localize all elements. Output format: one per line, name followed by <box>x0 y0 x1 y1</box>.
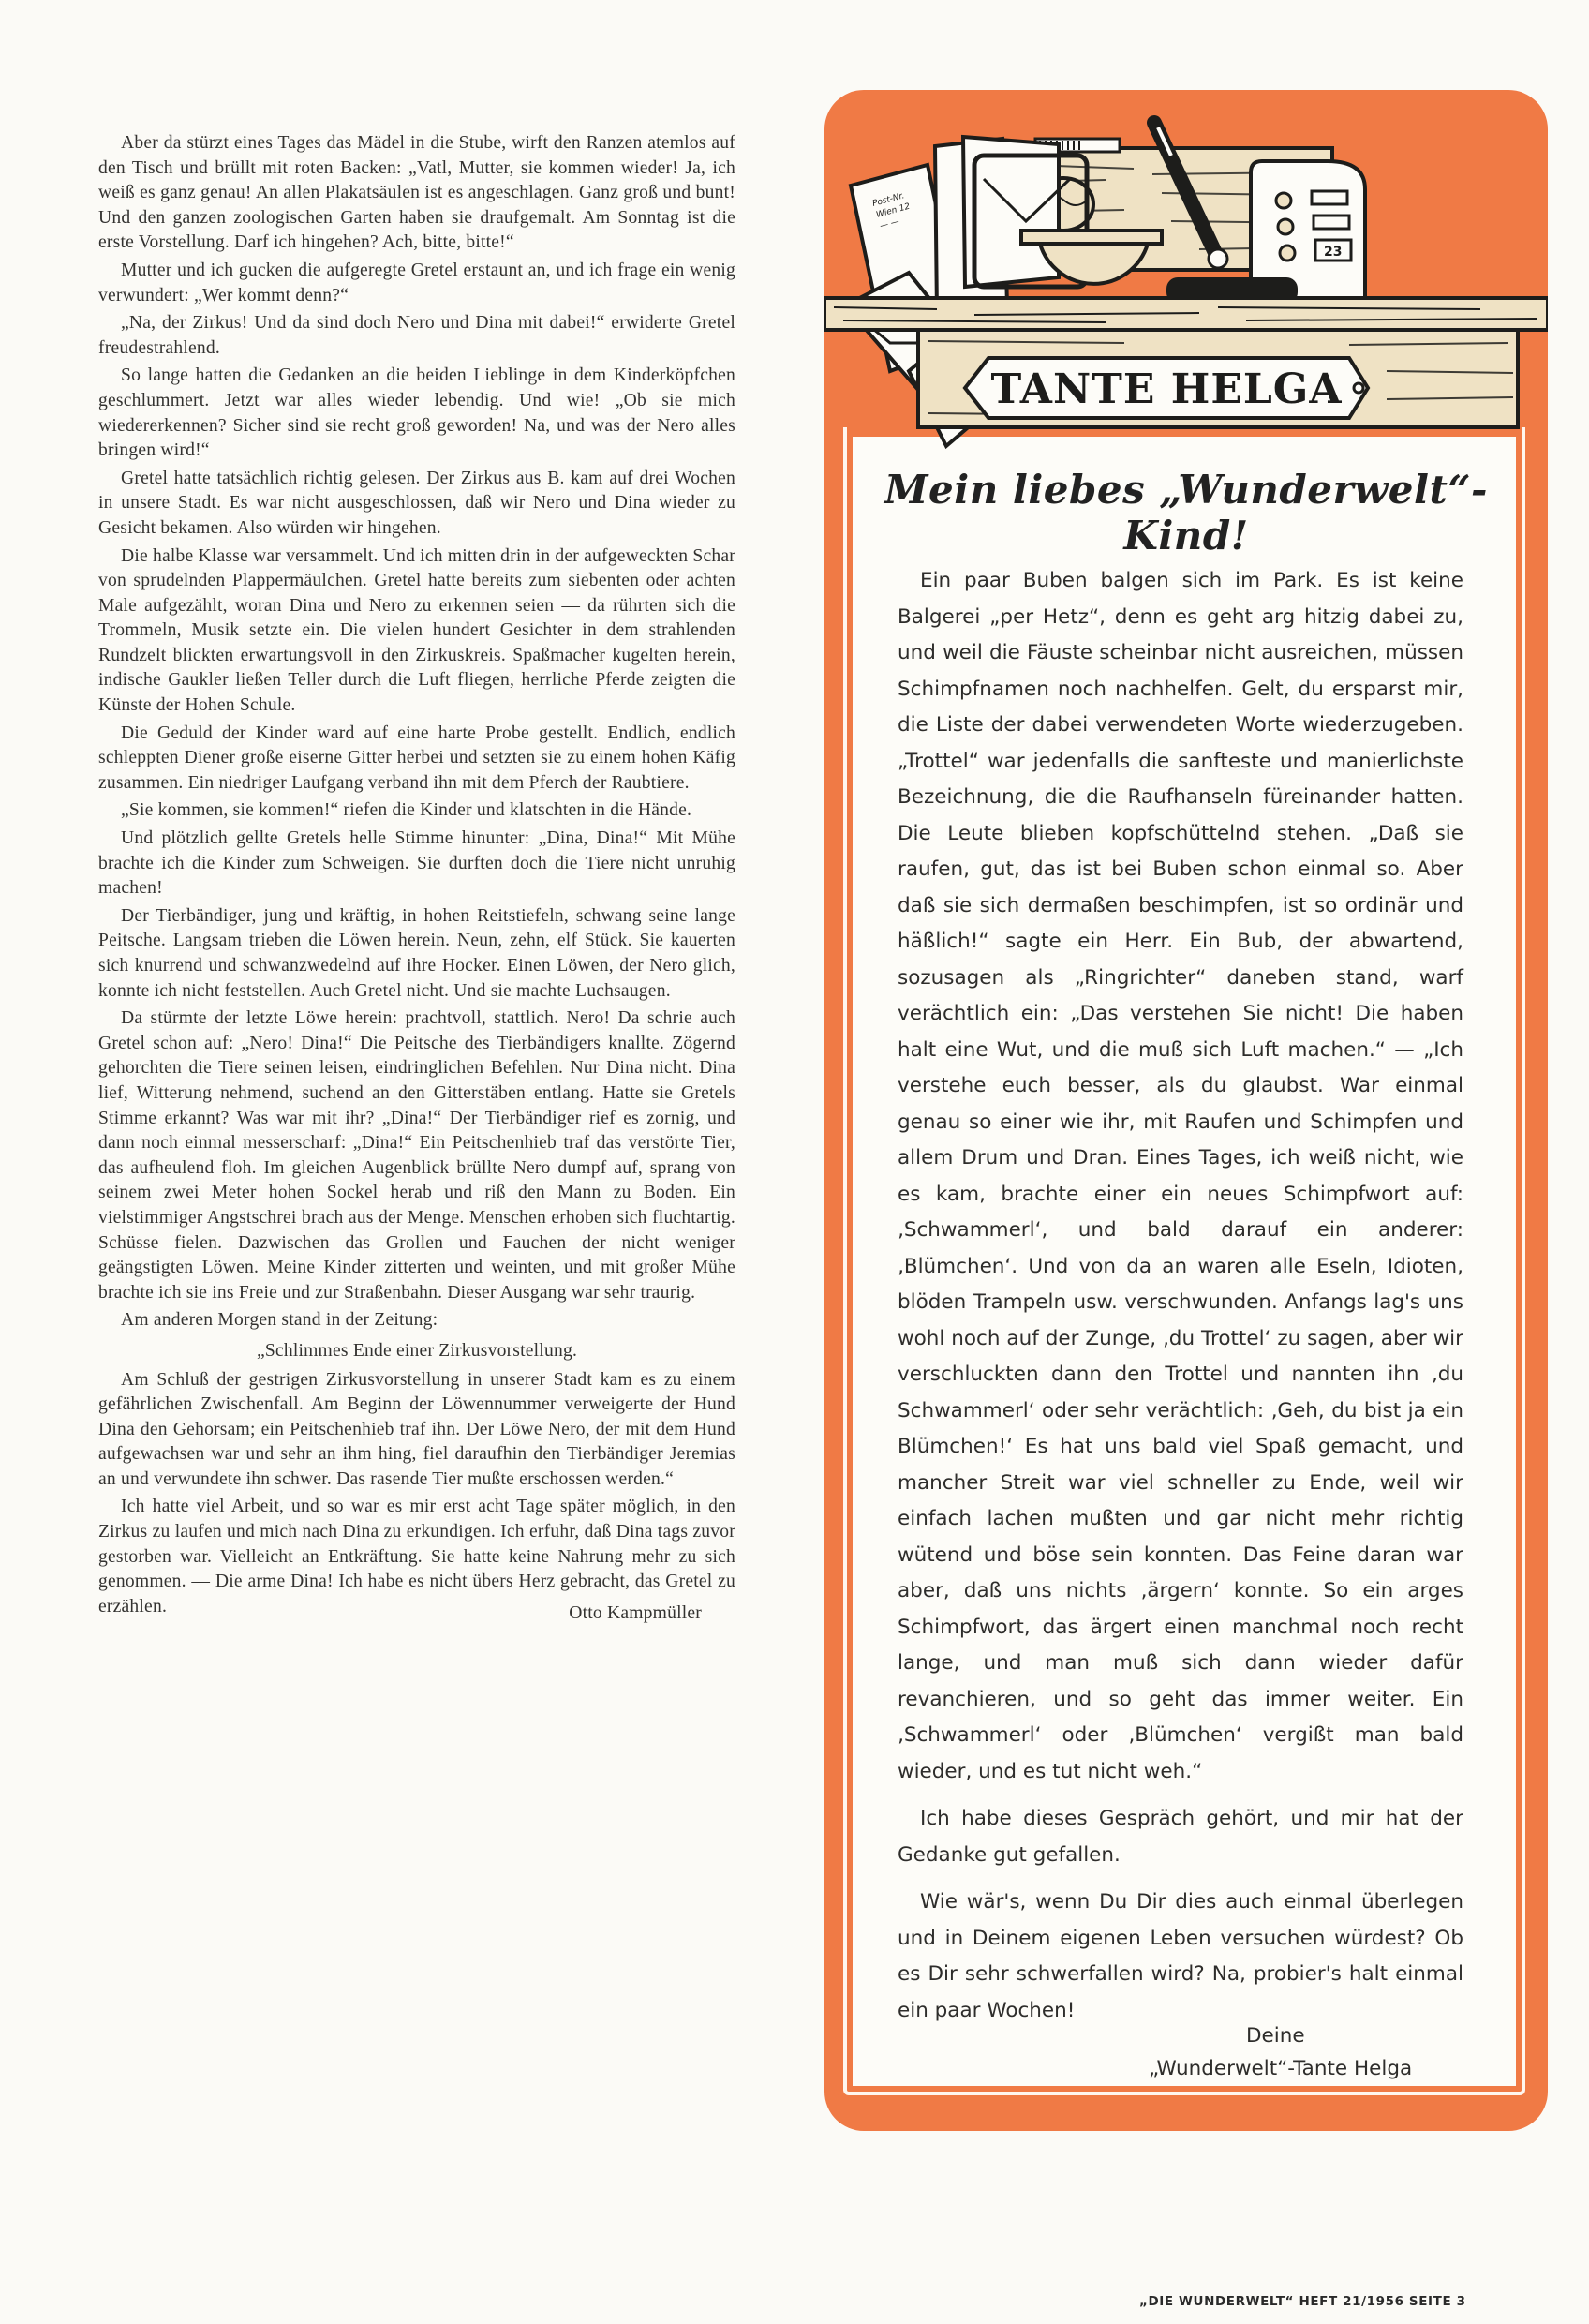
story-paragraph: Die halbe Klasse war versammelt. Und ich… <box>98 544 735 719</box>
tante-helga-panel: Post-Nr. Wien 12 — — <box>824 90 1548 2131</box>
story-paragraph: So lange hatten die Gedanken an die beid… <box>98 364 735 463</box>
story-paragraph: Mutter und ich gucken die aufgeregte Gre… <box>98 259 735 308</box>
sign-label: TANTE HELGA <box>990 365 1342 413</box>
story-paragraph: Am anderen Morgen stand in der Zeitung: <box>98 1308 735 1333</box>
story-paragraph: Aber da stürzt eines Tages das Mädel in … <box>98 131 735 256</box>
story-paragraph: Und plötzlich gellte Gretels helle Stimm… <box>98 827 735 901</box>
desk-shelf-illustration: Post-Nr. Wien 12 — — <box>824 90 1548 502</box>
letter-paragraph: Ich habe dieses Gespräch gehört, und mir… <box>898 1801 1463 1873</box>
letter-signature: „Wunderwelt“-Tante Helga <box>1149 2057 1412 2080</box>
author-name: Otto Kampmüller <box>98 1601 735 1627</box>
story-paragraph: Die Geduld der Kinder ward auf eine hart… <box>98 722 735 797</box>
story-paragraph: „Na, der Zirkus! Und da sind doch Nero u… <box>98 311 735 361</box>
story-paragraph: Da stürmte der letzte Löwe herein: prach… <box>98 1006 735 1305</box>
letter-paragraph: Ein paar Buben balgen sich im Park. Es i… <box>898 563 1463 1790</box>
story-paragraph: Gretel hatte tatsächlich richtig gelesen… <box>98 467 735 542</box>
page-footer: „DIE WUNDERWELT“ HEFT 21/1956 SEITE 3 <box>1139 2294 1466 2309</box>
story-paragraph: Der Tierbändiger, jung und kräftig, in h… <box>98 904 735 1004</box>
tante-helga-sign: TANTE HELGA <box>965 358 1368 418</box>
letter-body: Ein paar Buben balgen sich im Park. Es i… <box>898 563 1463 2040</box>
letter-paragraph: Wie wär's, wenn Du Dir dies auch einmal … <box>898 1885 1463 2029</box>
letter-greeting: Mein liebes „Wunderwelt“-Kind! <box>824 467 1548 559</box>
newspaper-headline: „Schlimmes Ende einer Zirkusvorstellung. <box>98 1339 735 1364</box>
story-article: Aber da stürzt eines Tages das Mädel in … <box>98 131 735 1630</box>
story-paragraph: Am Schluß der gestrigen Zirkusvorstellun… <box>98 1368 735 1493</box>
story-paragraph: „Sie kommen, sie kommen!“ riefen die Kin… <box>98 798 735 824</box>
calendar-date: 23 <box>1324 245 1342 260</box>
closing-word: Deine <box>1246 2024 1305 2048</box>
